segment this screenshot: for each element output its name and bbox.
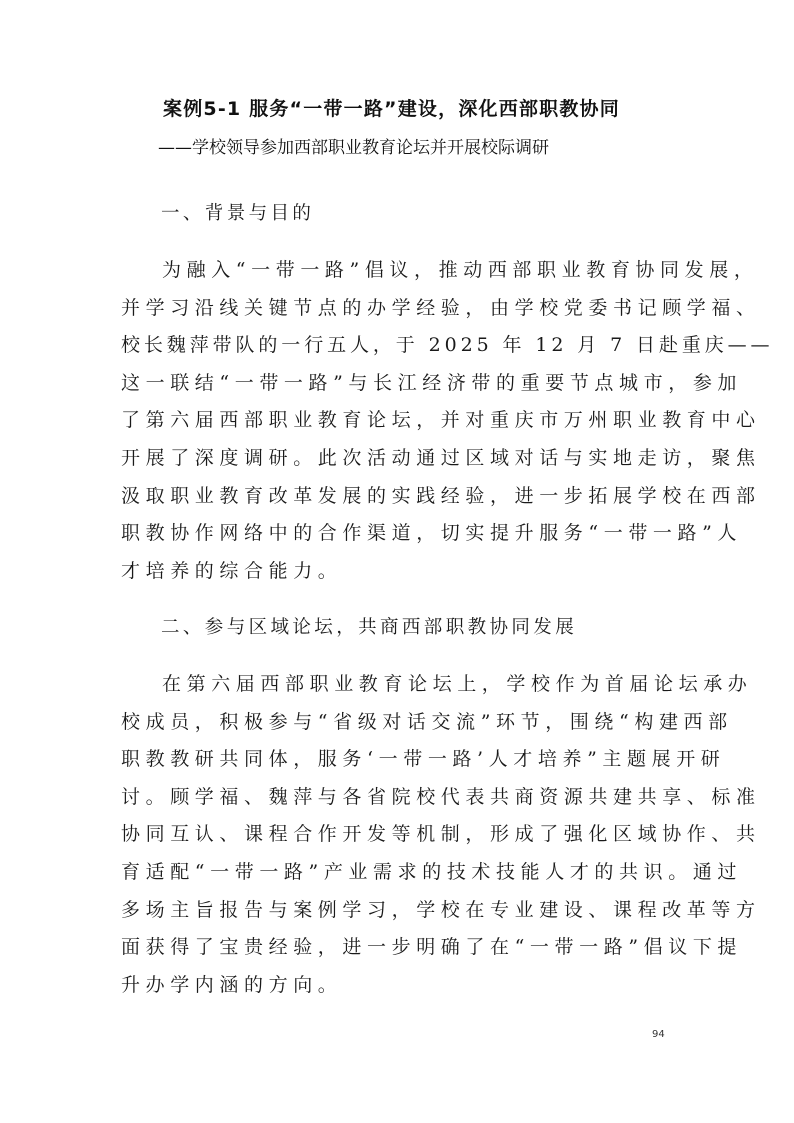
document-page: 案例5-1 服务“一带一路”建设，深化西部职教协同 ——学校领导参加西部职业教育… (0, 0, 794, 1123)
paragraph-line: 开展了深度调研。此次活动通过区域对话与实地走访，聚焦 (121, 440, 681, 478)
section-2-paragraph: 在第六届西部职业教育论坛上，学校作为首届论坛承办 校成员，积极参与“省级对话交流… (121, 666, 681, 1004)
paragraph-line: 职教协作网络中的合作渠道，切实提升服务“一带一路”人 (121, 515, 681, 553)
paragraph-line: 了第六届西部职业教育论坛，并对重庆市万州职业教育中心 (121, 402, 681, 440)
paragraph-line: 协同互认、课程合作开发等机制，形成了强化区域协作、共 (121, 816, 681, 854)
paragraph-line: 并学习沿线关键节点的办学经验，由学校党委书记顾学福、 (121, 290, 681, 328)
paragraph-line: 职教教研共同体，服务‘一带一路’人才培养”主题展开研 (121, 741, 681, 779)
section-heading-regional-forum: 二、参与区域论坛，共商西部职教协同发展 (161, 615, 681, 641)
section-1-paragraph: 为融入“一带一路”倡议，推动西部职业教育协同发展， 并学习沿线关键节点的办学经验… (121, 252, 681, 590)
paragraph-line: 才培养的综合能力。 (121, 553, 681, 591)
paragraph-line: 为融入“一带一路”倡议，推动西部职业教育协同发展， (121, 252, 681, 290)
paragraph-line: 面获得了宝贵经验，进一步明确了在“一带一路”倡议下提 (121, 929, 681, 967)
paragraph-line: 讨。顾学福、魏萍与各省院校代表共商资源共建共享、标准 (121, 779, 681, 817)
paragraph-line: 校长魏萍带队的一行五人，于 2025 年 12 月 7 日赴重庆—— (121, 327, 681, 365)
paragraph-line: 多场主旨报告与案例学习，学校在专业建设、课程改革等方 (121, 892, 681, 930)
page-number: 94 (652, 1029, 665, 1040)
paragraph-line: 校成员，积极参与“省级对话交流”环节，围绕“构建西部 (121, 704, 681, 742)
paragraph-line: 育适配“一带一路”产业需求的技术技能人才的共识。通过 (121, 854, 681, 892)
case-title: 案例5-1 服务“一带一路”建设，深化西部职教协同 (163, 96, 683, 122)
paragraph-line: 升办学内涵的方向。 (121, 967, 681, 1005)
paragraph-line: 这一联结“一带一路”与长江经济带的重要节点城市，参加 (121, 365, 681, 403)
case-subtitle: ——学校领导参加西部职业教育论坛并开展校际调研 (158, 136, 678, 160)
paragraph-line: 汲取职业教育改革发展的实践经验，进一步拓展学校在西部 (121, 478, 681, 516)
paragraph-line: 在第六届西部职业教育论坛上，学校作为首届论坛承办 (121, 666, 681, 704)
section-heading-background-purpose: 一、背景与目的 (161, 201, 681, 227)
